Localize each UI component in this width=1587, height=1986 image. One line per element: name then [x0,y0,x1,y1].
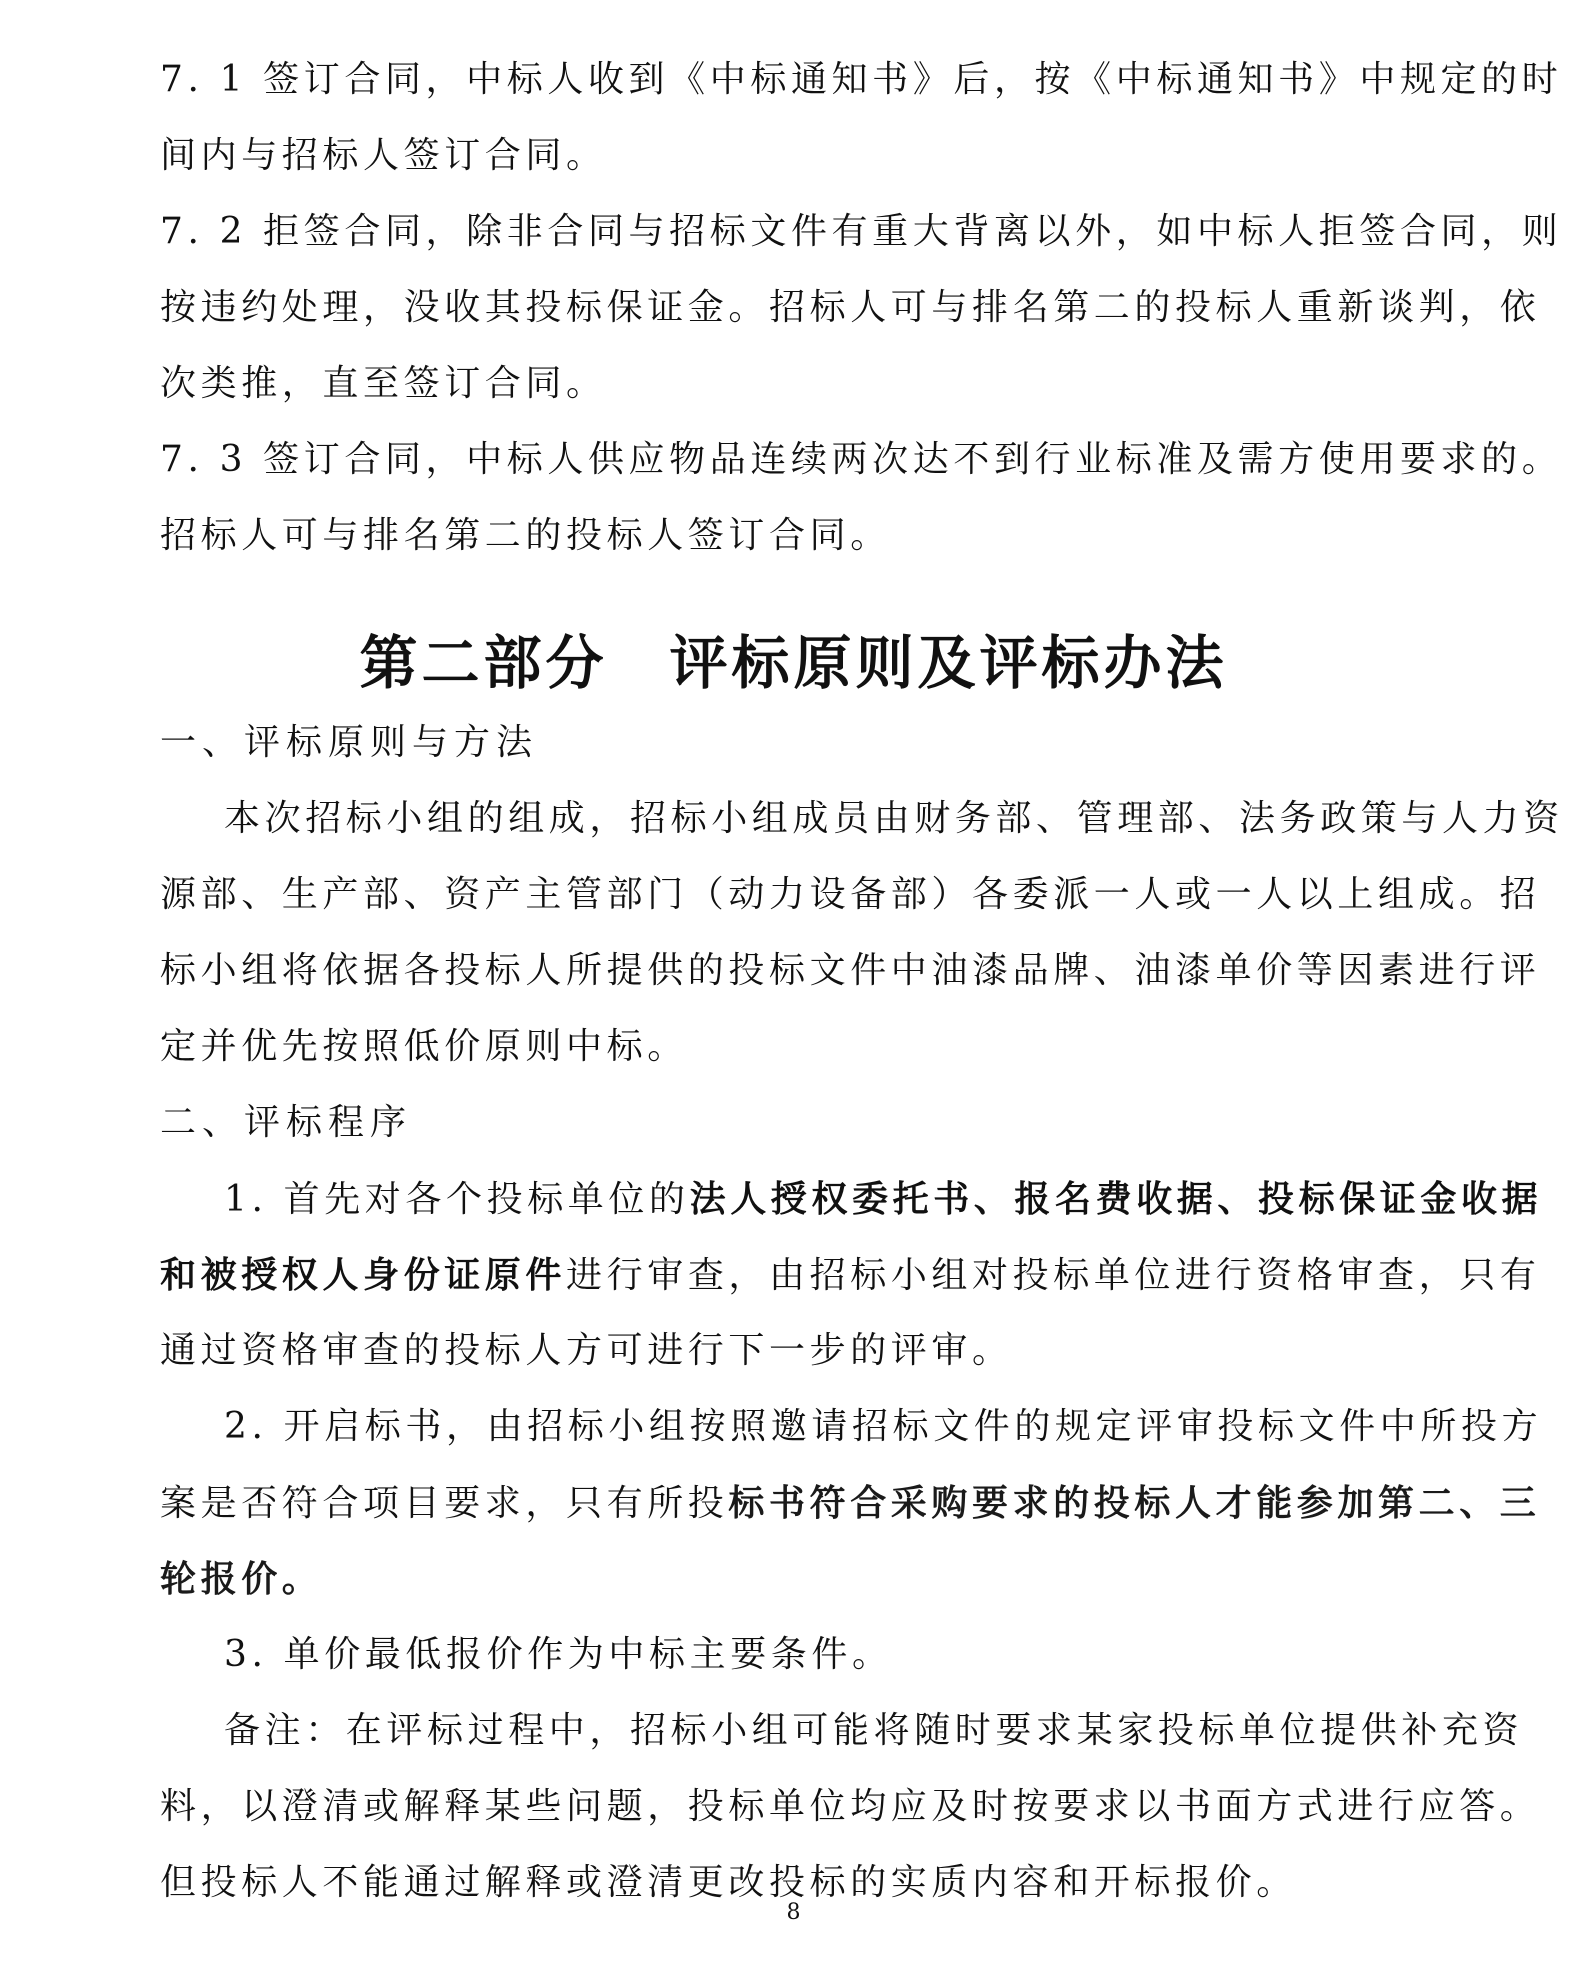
text-bold: 和被授权人身份证原件 [160,1254,566,1296]
procedure-item-1-line-1: 1. 首先对各个投标单位的法人授权委托书、报名费收据、投标保证金收据 [160,1161,1440,1237]
procedure-item-1-line-2: 和被授权人身份证原件进行审查，由招标小组对投标单位进行资格审查，只有 [160,1237,1440,1313]
clause-7-3-line-1: 7. 3 签订合同，中标人供应物品连续两次达不到行业标准及需方使用要求的。 [160,422,1440,498]
contract-clauses: 7. 1 签订合同，中标人收到《中标通知书》后，按《中标通知书》中规定的时 间内… [160,42,1440,574]
page-number: 8 [0,1900,1587,1925]
clause-7-2-line-1: 7. 2 拒签合同，除非合同与招标文件有重大背离以外，如中标人拒签合同，则 [160,194,1440,270]
text-bold: 标书符合采购要求的投标人才能参加第二、三 [728,1482,1540,1524]
clause-7-2-line-2: 按违约处理，没收其投标保证金。招标人可与排名第二的投标人重新谈判，依 [160,270,1440,346]
text-bold: 法人授权委托书、报名费收据、投标保证金收据 [690,1178,1543,1220]
section-heading: 二、评标程序 [160,1085,1440,1161]
part-title: 第二部分 评标原则及评标办法 [0,623,1587,703]
note-line-1: 备注：在评标过程中，招标小组可能将随时要求某家投标单位提供补充资 [160,1693,1440,1769]
clause-7-1-line-2: 间内与招标人签订合同。 [160,118,1440,194]
text-plain: 进行审查，由招标小组对投标单位进行资格审查，只有 [566,1255,1540,1296]
paragraph-line: 本次招标小组的组成，招标小组成员由财务部、管理部、法务政策与人力资 [160,781,1440,857]
section-heading: 一、评标原则与方法 [160,705,1440,781]
procedure-item-3: 3. 单价最低报价作为中标主要条件。 [160,1617,1440,1693]
text-plain: 案是否符合项目要求，只有所投 [160,1483,728,1524]
section-evaluation-procedure: 二、评标程序 1. 首先对各个投标单位的法人授权委托书、报名费收据、投标保证金收… [160,1085,1440,1921]
procedure-item-2-line-3: 轮报价。 [160,1541,1440,1617]
clause-7-1-line-1: 7. 1 签订合同，中标人收到《中标通知书》后，按《中标通知书》中规定的时 [160,42,1440,118]
text-bold: 轮报价。 [160,1558,322,1600]
clause-7-3-line-2: 招标人可与排名第二的投标人签订合同。 [160,498,1440,574]
section-evaluation-principles: 一、评标原则与方法 本次招标小组的组成，招标小组成员由财务部、管理部、法务政策与… [160,705,1440,1085]
clause-7-2-line-3: 次类推，直至签订合同。 [160,346,1440,422]
note-line-2: 料，以澄清或解释某些问题，投标单位均应及时按要求以书面方式进行应答。 [160,1769,1440,1845]
paragraph-line: 定并优先按照低价原则中标。 [160,1009,1440,1085]
paragraph-line: 标小组将依据各投标人所提供的投标文件中油漆品牌、油漆单价等因素进行评 [160,933,1440,1009]
paragraph-line: 源部、生产部、资产主管部门（动力设备部）各委派一人或一人以上组成。招 [160,857,1440,933]
procedure-item-2-line-1: 2. 开启标书，由招标小组按照邀请招标文件的规定评审投标文件中所投方 [160,1389,1440,1465]
procedure-item-1-line-3: 通过资格审查的投标人方可进行下一步的评审。 [160,1313,1440,1389]
procedure-item-2-line-2: 案是否符合项目要求，只有所投标书符合采购要求的投标人才能参加第二、三 [160,1465,1440,1541]
text-plain: 1. 首先对各个投标单位的 [224,1179,690,1220]
